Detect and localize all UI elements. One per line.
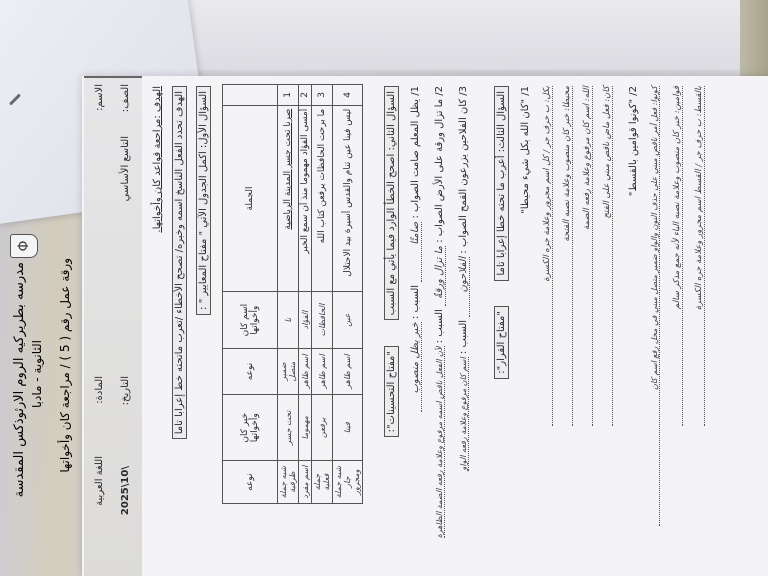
q3-answer-line[interactable]: محيطا: خبر كان منصوب وعلامة نصبه الفتحة (562, 86, 573, 426)
q3-key: "مفتاح القرار": (494, 306, 509, 379)
q2-answer-1[interactable]: صامتًا (410, 222, 422, 282)
date-label: التاريخ: (120, 376, 131, 405)
worksheet-page: الاسم: الصف: التاسع الأساسي المادة: اللغ… (82, 76, 768, 576)
table-row: 2 أمسى الفؤاد مهموما منذ أن سمع الخبر ال… (299, 85, 312, 504)
worksheet-rotated: Φ مدرسه بطريركيه الروم الارثوذكس المقدسة… (0, 0, 768, 576)
col-khabar: خبر كان وأخواتها (223, 395, 278, 461)
school-crest-icon: Φ (10, 234, 38, 258)
q1-title: السؤال الأول: اكمل الجدول الآتي " مفتاح … (196, 86, 211, 315)
q3-item-1: 1/ "كان الله بكل شيء محيطا" (520, 86, 531, 214)
answer-cell[interactable]: مهموما (299, 395, 312, 461)
q3-answer-line[interactable]: قوامين: خبر كان منصوب وعلامة نصبه الياء … (672, 86, 683, 426)
answer-cell[interactable]: اسم مفرد (299, 461, 312, 504)
grade-value: التاسع الأساسي (120, 136, 131, 201)
q2-reason-3[interactable]: اسم كان مرفوع وعلامة رفعه الواو (459, 357, 469, 470)
table-row: 1 صرنا تحت جسر المدينة الرياضية نا ضمير … (278, 85, 299, 504)
answer-cell[interactable]: الفؤاد (299, 292, 312, 348)
q2-item-3: 3/ كان الفلاحين يزرعون القمح الصواب : ال… (458, 86, 470, 471)
table-row: 3 ما برحت الحافظات يرفعن كتاب الله الحاف… (312, 85, 333, 504)
answer-cell[interactable]: نا (278, 292, 299, 348)
answer-cell[interactable]: اسم ظاهر (333, 348, 363, 394)
answer-cell[interactable]: اسم ظاهر (299, 348, 312, 394)
answer-cell[interactable]: يرفعن (312, 395, 333, 461)
student-info-box (84, 76, 142, 576)
answer-cell[interactable]: تحت جسر (278, 395, 299, 461)
q2-answer-3[interactable]: الفلاحون (458, 257, 470, 317)
q3-item-2: 2/ "كونوا قوامين بالقسط" (628, 86, 639, 196)
answer-cell[interactable]: شبه جملة ظرفية (278, 461, 299, 504)
answer-cell[interactable]: الحافظات (312, 292, 333, 348)
table-row: 4 ليس فينا عين تنام والقدس أسيرة بيد الا… (333, 85, 363, 504)
q2-item-1: 1/ يظل المعلم صامت الصواب : صامتًا السبب… (410, 86, 422, 412)
q2-title: السؤال الثاني: اصحح الخطأ الوارد فيما يأ… (384, 86, 399, 320)
col-num (223, 85, 278, 106)
name-label: الاسم: (94, 84, 105, 111)
school-location: الثانوية - مادبا (30, 340, 44, 408)
q3-answer-line[interactable]: بكل: ب حرف جر / كل اسم مجرور وعلامة جره … (542, 86, 553, 426)
goal-1: الهدف :مراجعة قواعد كان وأخواتها. (152, 86, 163, 233)
goal-2: الهدف تحدد الفعل الناسخ اسمه وخبره/ تصحح… (172, 86, 187, 439)
q2-reason-1[interactable]: خبر يظل منصوب (410, 322, 422, 412)
q1-table-header: الجملة اسم كان وأخواتها نوعه خبر كان وأخ… (223, 85, 278, 504)
q2-reason-2[interactable]: لأن الفعل ناقص اسمه مرفوع وعلامة رفعه ال… (435, 347, 445, 539)
subject-label: المادة: (94, 376, 105, 404)
subject-value: اللغة العربية (94, 456, 105, 506)
answer-cell[interactable]: فينا (333, 395, 363, 461)
worksheet-title: ورقة عمل رقم ( 5 ) / مراجعة كان وأخواتها (58, 258, 72, 473)
grade-label: الصف: (120, 84, 131, 112)
q3-answer-line[interactable]: الله: اسم كان مرفوع وعلامة رفعه الضمة (582, 86, 593, 426)
answer-cell[interactable]: عين (333, 292, 363, 348)
col-sentence: الجملة (223, 105, 278, 292)
q2-item-2: 2/ ما تزال ورقة على الأرض الصواب : ما تز… (434, 86, 446, 538)
school-name: مدرسه بطريركيه الروم الارثوذكس المقدسة (12, 262, 27, 497)
col-name-type: نوعه (223, 348, 278, 394)
answer-cell[interactable]: جملة فعلية (312, 461, 333, 504)
q2-key: "مفتاح التحسينات": (384, 346, 399, 437)
q3-answer-line[interactable]: كونوا: فعل أمر ناقص مبني على حذف النون و… (650, 86, 660, 526)
q1-table: الجملة اسم كان وأخواتها نوعه خبر كان وأخ… (222, 84, 363, 504)
answer-cell[interactable]: اسم ظاهر (312, 348, 333, 394)
col-kana-name: اسم كان وأخواتها (223, 292, 278, 348)
q3-answer-line[interactable]: بالقسط: ب حرف جر / القسط اسم مجرور وعلام… (694, 86, 705, 426)
date-value: 2025\10\ (120, 466, 131, 515)
answer-cell[interactable]: شبه جملة جار ومجرور (333, 461, 363, 504)
q2-answer-2[interactable]: ما تزال ورقةٌ (434, 246, 446, 306)
q3-title: السؤال الثالث: أعرب ما تحته خطا إعرابا ت… (494, 86, 509, 281)
col-khabar-type: نوعه (223, 461, 278, 504)
answer-cell[interactable]: ضمير متصل (278, 348, 299, 394)
q3-answer-line[interactable]: كان: فعل ماض ناقص مبني على الفتح (602, 86, 613, 426)
